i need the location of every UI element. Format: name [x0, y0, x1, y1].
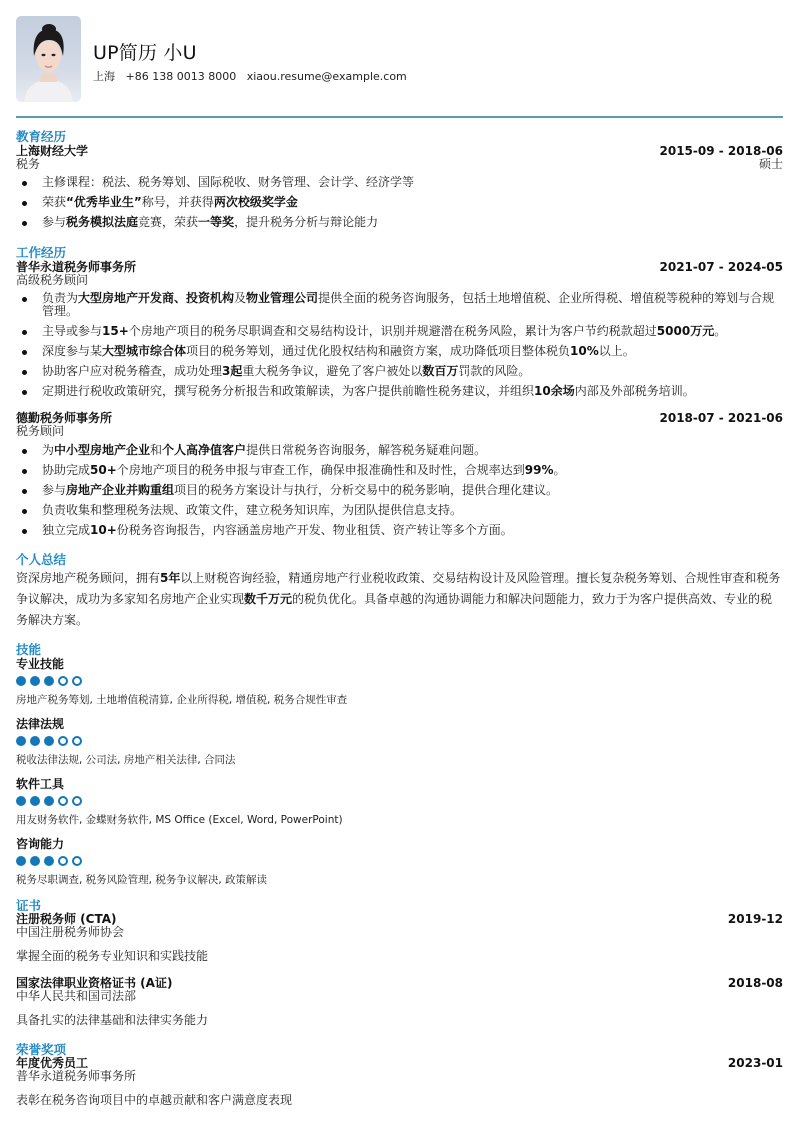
certificate-name: 国家法律职业资格证书 (A证)	[16, 976, 172, 990]
bullet-item: 为中小型房地产企业和个人高净值客户提供日常税务咨询服务，解答税务疑难问题。	[16, 444, 783, 457]
summary-text: 资深房地产税务顾问，拥有5年以上财税咨询经验，精通房地产行业税收政策、交易结构设…	[16, 568, 783, 631]
empty-dot-icon	[58, 676, 68, 686]
award-date: 2023-01	[728, 1056, 783, 1070]
skill-description: 房地产税务筹划, 土地增值税清算, 企业所得税, 增值税, 税务合规性审查	[16, 694, 347, 707]
bullet-item: 深度参与某大型城市综合体项目的税务筹划，通过优化股权结构和融资方案，成功降低项目…	[16, 345, 783, 358]
school-name: 上海财经大学	[16, 144, 88, 158]
section-title-awards: 荣誉奖项	[16, 1043, 66, 1057]
filled-dot-icon	[16, 676, 26, 686]
bullet-item: 独立完成10+份税务咨询报告，内容涵盖房地产开发、物业租赁、资产转让等多个方面。	[16, 524, 783, 537]
phone[interactable]: +86 138 0013 8000	[126, 70, 237, 83]
filled-dot-icon	[44, 676, 54, 686]
candidate-name: UP简历 小U	[93, 38, 197, 65]
bullet-item: 参与房地产企业并购重组项目的税务方案设计与执行，分析交易中的税务影响，提供合理化…	[16, 484, 783, 497]
bullet-item: 荣获“优秀毕业生”称号，并获得两次校级奖学金	[16, 196, 783, 209]
skill-level-rating	[16, 676, 82, 686]
section-title-certificates: 证书	[16, 899, 41, 913]
award-name: 年度优秀员工	[16, 1056, 88, 1070]
resume-header: UP简历 小U 上海 +86 138 0013 8000 xiaou.resum…	[16, 16, 783, 102]
empty-dot-icon	[72, 856, 82, 866]
bullet-item: 协助客户应对税务稽查，成功处理3起重大税务争议，避免了客户被处以数百万罚款的风险…	[16, 365, 783, 378]
skill-description: 用友财务软件, 金蝶财务软件, MS Office (Excel, Word, …	[16, 814, 343, 827]
bullet-item: 协助完成50+个房地产项目的税务申报与审查工作，确保申报准确性和及时性，合规率达…	[16, 464, 783, 477]
bullet-item: 定期进行税收政策研究，撰写税务分析报告和政策解读，为客户提供前瞻性税务建议，并组…	[16, 385, 783, 398]
section-title-skills: 技能	[16, 643, 41, 657]
company-name: 普华永道税务师事务所	[16, 260, 136, 274]
filled-dot-icon	[16, 736, 26, 746]
work-bullets-1: 负责为大型房地产开发商、投资机构及物业管理公司提供全面的税务咨询服务，包括土地增…	[16, 292, 783, 405]
bullet-item: 主导或参与15+个房地产项目的税务尽职调查和交易结构设计，识别并规避潜在税务风险…	[16, 325, 783, 338]
filled-dot-icon	[30, 736, 40, 746]
filled-dot-icon	[44, 796, 54, 806]
skill-level-rating	[16, 856, 82, 866]
certificate-desc: 具备扎实的法律基础和法律实务能力	[16, 1013, 208, 1027]
filled-dot-icon	[30, 676, 40, 686]
empty-dot-icon	[72, 796, 82, 806]
empty-dot-icon	[58, 736, 68, 746]
filled-dot-icon	[30, 796, 40, 806]
person-portrait-icon	[16, 16, 81, 102]
job-role: 税务顾问	[16, 424, 64, 438]
header-divider	[16, 116, 783, 118]
bullet-item: 负责收集和整理税务法规、政策文件，建立税务知识库，为团队提供信息支持。	[16, 504, 783, 517]
skill-category: 咨询能力	[16, 837, 64, 851]
bullet-item: 参与税务模拟法庭竞赛，荣获一等奖，提升税务分析与辩论能力	[16, 216, 783, 229]
certificate-date: 2018-08	[728, 976, 783, 990]
certificate-desc: 掌握全面的税务专业知识和实践技能	[16, 949, 208, 963]
company-name: 德勤税务师事务所	[16, 411, 112, 425]
empty-dot-icon	[58, 796, 68, 806]
location: 上海	[93, 70, 115, 83]
work-dates: 2018-07 - 2021-06	[660, 411, 784, 425]
section-title-education: 教育经历	[16, 130, 66, 144]
award-issuer: 普华永道税务师事务所	[16, 1069, 136, 1083]
job-role: 高级税务顾问	[16, 273, 88, 287]
section-title-work: 工作经历	[16, 246, 66, 260]
skill-level-rating	[16, 796, 82, 806]
filled-dot-icon	[30, 856, 40, 866]
skill-category: 专业技能	[16, 657, 64, 671]
skill-category: 法律法规	[16, 717, 64, 731]
bullet-item: 主修课程：税法、税务筹划、国际税收、财务管理、会计学、经济学等	[16, 176, 783, 189]
award-desc: 表彰在税务咨询项目中的卓越贡献和客户满意度表现	[16, 1093, 292, 1107]
certificate-date: 2019-12	[728, 912, 783, 926]
certificate-issuer: 中国注册税务师协会	[16, 925, 124, 939]
skill-level-rating	[16, 736, 82, 746]
major: 税务	[16, 157, 40, 171]
empty-dot-icon	[58, 856, 68, 866]
filled-dot-icon	[16, 796, 26, 806]
section-title-summary: 个人总结	[16, 553, 66, 567]
empty-dot-icon	[72, 736, 82, 746]
skill-description: 税务尽职调查, 税务风险管理, 税务争议解决, 政策解读	[16, 874, 267, 887]
email[interactable]: xiaou.resume@example.com	[247, 70, 407, 83]
filled-dot-icon	[44, 736, 54, 746]
contact-info: 上海 +86 138 0013 8000 xiaou.resume@exampl…	[93, 68, 414, 84]
bullet-item: 负责为大型房地产开发商、投资机构及物业管理公司提供全面的税务咨询服务，包括土地增…	[16, 292, 783, 318]
empty-dot-icon	[72, 676, 82, 686]
skill-category: 软件工具	[16, 777, 64, 791]
profile-photo	[16, 16, 81, 102]
degree: 硕士	[759, 157, 783, 171]
filled-dot-icon	[16, 856, 26, 866]
filled-dot-icon	[44, 856, 54, 866]
skill-description: 税收法律法规, 公司法, 房地产相关法律, 合同法	[16, 754, 236, 767]
education-dates: 2015-09 - 2018-06	[660, 144, 784, 158]
work-bullets-2: 为中小型房地产企业和个人高净值客户提供日常税务咨询服务，解答税务疑难问题。协助完…	[16, 444, 783, 544]
work-dates: 2021-07 - 2024-05	[660, 260, 784, 274]
certificate-name: 注册税务师 (CTA)	[16, 912, 117, 926]
certificate-issuer: 中华人民共和国司法部	[16, 989, 136, 1003]
education-bullets: 主修课程：税法、税务筹划、国际税收、财务管理、会计学、经济学等荣获“优秀毕业生”…	[16, 176, 783, 236]
